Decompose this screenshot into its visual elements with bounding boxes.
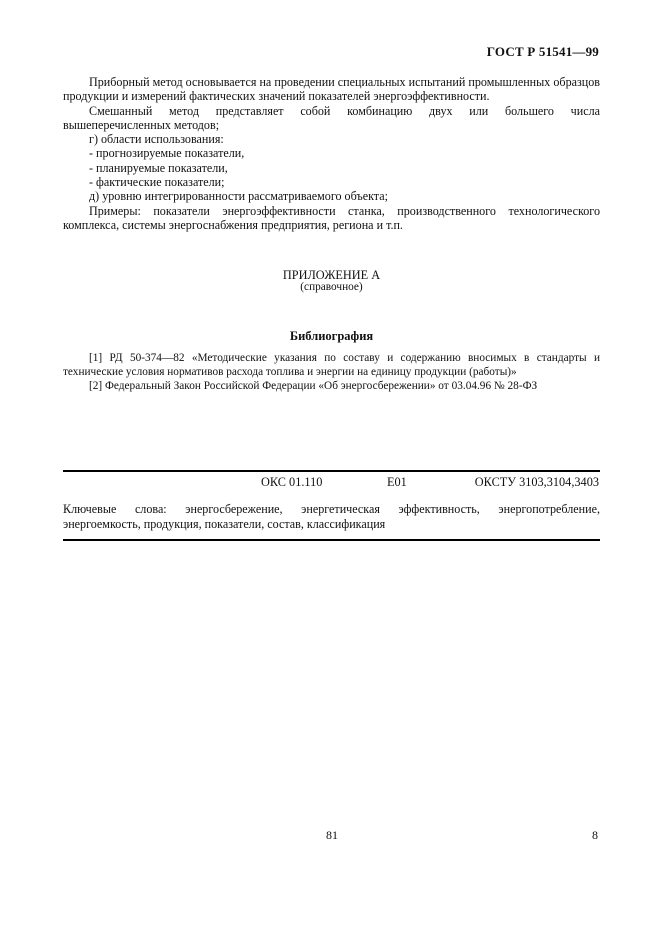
bibliography-entry: [1] РД 50-374—82 «Методические указания … [63,351,600,379]
keywords: Ключевые слова: энергосбережение, энерге… [63,502,600,531]
page-number-center: 81 [326,828,338,843]
okstu-code: ОКСТУ 3103,3104,3403 [475,475,599,490]
paragraph-examples: Примеры: показатели энергоэффективности … [63,204,600,233]
list-heading-g: г) области использования: [63,132,600,146]
bibliography-entry: [2] Федеральный Закон Российской Федерац… [63,379,600,393]
list-item: - планируемые показатели, [63,161,600,175]
divider-top [63,470,600,472]
list-heading-d: д) уровню интегрированности рассматривае… [63,189,600,203]
divider-bottom [63,539,600,541]
document-id-header: ГОСТ Р 51541—99 [487,44,599,60]
paragraph-mixed-method: Смешанный метод представляет собой комби… [63,104,600,133]
e-code: Е01 [387,475,407,490]
bibliography-title: Библиография [63,329,600,344]
bibliography-list: [1] РД 50-374—82 «Методические указания … [63,351,600,393]
oks-code: ОКС 01.110 [261,475,322,490]
paragraph-instrumental-method: Приборный метод основывается на проведен… [63,75,600,104]
appendix-subtitle: (справочное) [63,281,600,293]
list-item: - фактические показатели; [63,175,600,189]
document-page: ГОСТ Р 51541—99 Приборный метод основыва… [0,0,661,936]
list-item: - прогнозируемые показатели, [63,146,600,160]
body-text: Приборный метод основывается на проведен… [63,75,600,232]
page-number-right: 8 [592,828,598,843]
